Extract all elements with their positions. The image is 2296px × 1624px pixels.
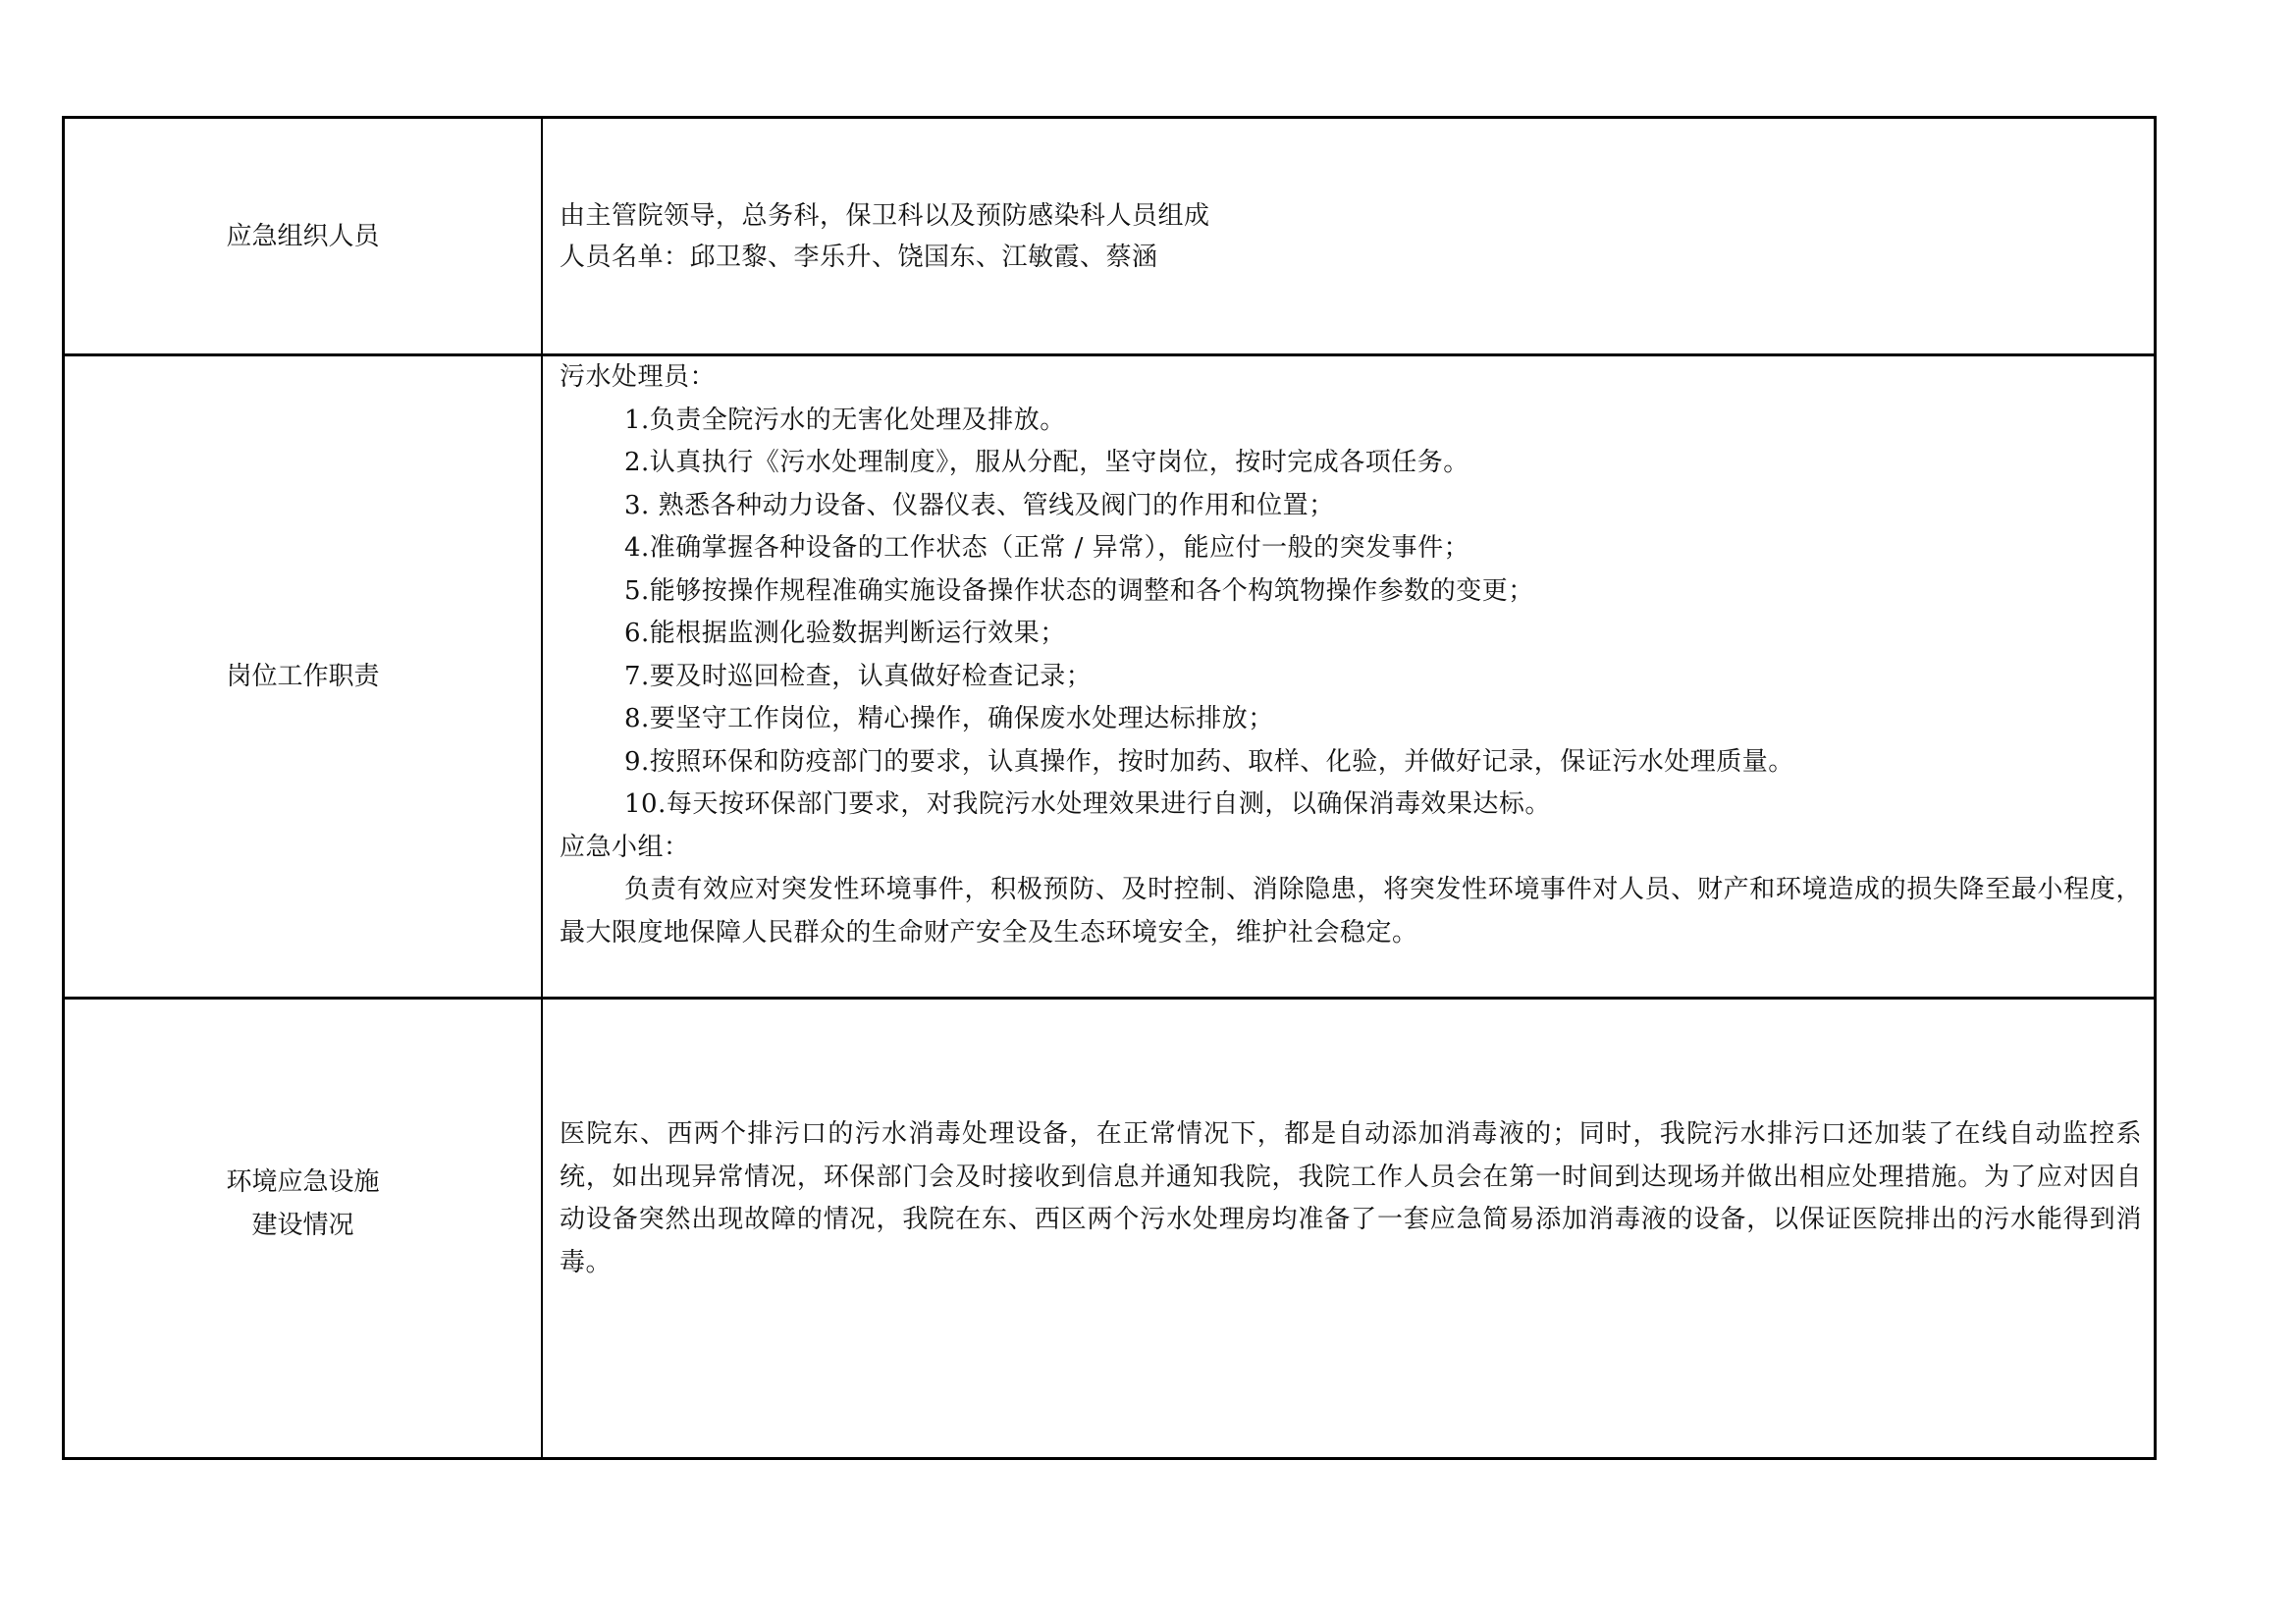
row-label: 应急组织人员 [226,215,379,258]
row-label-line: 建设情况 [251,1204,353,1247]
row-label-line: 环境应急设施 [226,1161,379,1204]
row-content-cell: 污水处理员： 1.负责全院污水的无害化处理及排放。 2.认真执行《污水处理制度》… [543,356,2154,997]
duty-item: 10.每天按环保部门要求，对我院污水处理效果进行自测，以确保消毒效果达标。 [560,784,2142,827]
emergency-group-paragraph: 负责有效应对突发性环境事件，积极预防、及时控制、消除隐患，将突发性环境事件对人员… [560,869,2142,954]
duty-item: 8.要坚守工作岗位，精心操作，确保废水处理达标排放； [560,698,2142,741]
facilities-paragraph: 医院东、西两个排污口的污水消毒处理设备，在正常情况下，都是自动添加消毒液的；同时… [560,1113,2142,1284]
duty-item: 2.认真执行《污水处理制度》，服从分配，坚守岗位，按时完成各项任务。 [560,442,2142,485]
table-row-emergency-facilities: 环境应急设施 建设情况 医院东、西两个排污口的污水消毒处理设备，在正常情况下，都… [65,997,2154,1457]
personnel-composition: 由主管院领导，总务科，保卫科以及预防感染科人员组成 [560,195,2142,237]
section-title-sewage-operator: 污水处理员： [560,356,2142,400]
row-content-cell: 医院东、西两个排污口的污水消毒处理设备，在正常情况下，都是自动添加消毒液的；同时… [543,1000,2154,1457]
duty-item: 9.按照环保和防疫部门的要求，认真操作，按时加药、取样、化验，并做好记录，保证污… [560,741,2142,785]
emergency-info-table: 应急组织人员 由主管院领导，总务科，保卫科以及预防感染科人员组成 人员名单：邱卫… [62,116,2157,1460]
duty-item: 3. 熟悉各种动力设备、仪器仪表、管线及阀门的作用和位置； [560,485,2142,528]
section-title-emergency-group: 应急小组： [560,827,2142,870]
row-label-cell: 应急组织人员 [65,119,543,353]
row-label: 岗位工作职责 [226,655,379,698]
document-page: 应急组织人员 由主管院领导，总务科，保卫科以及预防感染科人员组成 人员名单：邱卫… [0,0,2296,1624]
row-label-cell: 岗位工作职责 [65,356,543,997]
row-label-cell: 环境应急设施 建设情况 [65,1000,543,1457]
row-content-cell: 由主管院领导，总务科，保卫科以及预防感染科人员组成 人员名单：邱卫黎、李乐升、饶… [543,119,2154,353]
duty-item: 7.要及时巡回检查，认真做好检查记录； [560,656,2142,699]
duty-item: 5.能够按操作规程准确实施设备操作状态的调整和各个构筑物操作参数的变更； [560,570,2142,614]
duty-item: 4.准确掌握各种设备的工作状态（正常 / 异常），能应付一般的突发事件； [560,527,2142,570]
duty-item: 1.负责全院污水的无害化处理及排放。 [560,400,2142,443]
duty-item: 6.能根据监测化验数据判断运行效果； [560,613,2142,656]
table-row-emergency-personnel: 应急组织人员 由主管院领导，总务科，保卫科以及预防感染科人员组成 人员名单：邱卫… [65,119,2154,353]
personnel-name-list: 人员名单：邱卫黎、李乐升、饶国东、江敏霞、蔡涵 [560,237,2142,278]
table-row-job-duties: 岗位工作职责 污水处理员： 1.负责全院污水的无害化处理及排放。 2.认真执行《… [65,353,2154,997]
